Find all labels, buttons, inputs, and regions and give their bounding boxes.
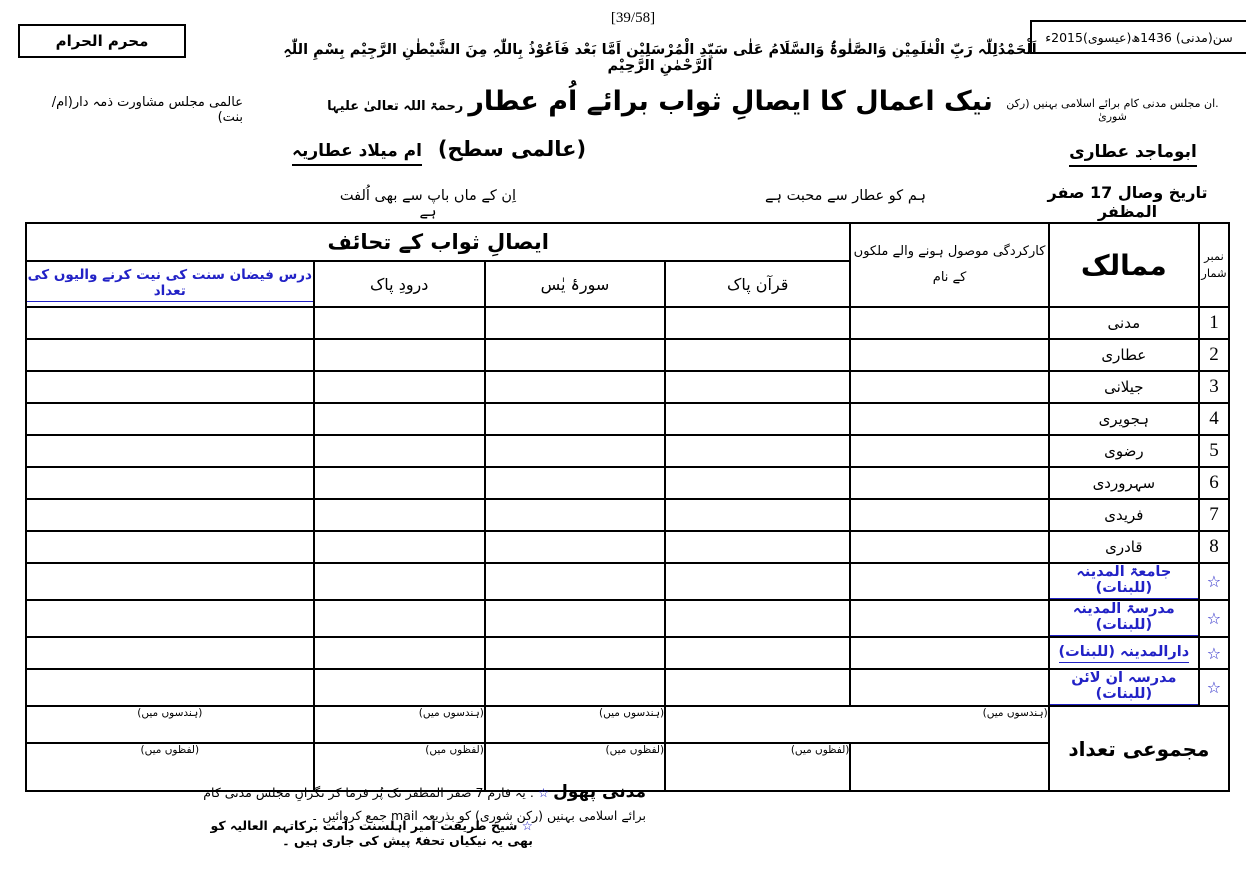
entry-cell [665,339,850,371]
totals-digits-cell: (ہندسوں میں) [665,706,1049,743]
entry-cell [665,371,850,403]
entry-cell [665,467,850,499]
level-label: (عالمی سطح) [432,137,592,161]
country-cell: جیلانی [1049,371,1199,403]
entry-cell [850,307,1048,339]
table-row-institute: ☆ مدرسہ آن لائن (للبنات) [26,669,1229,706]
entry-cell [485,371,665,403]
serial-cell: 7 [1199,499,1229,531]
star-icon: ☆ [538,785,549,800]
scanned-form-page: محرم الحرام [39/58] اَلْحَمْدُلِلّٰہ رَب… [0,0,1246,880]
entry-cell [26,531,314,563]
table-step-gap [850,743,1048,791]
column-header-countries: ممالک [1049,223,1199,307]
entry-cell [314,563,485,600]
right-department-note: .ان مجلس مدنی کام برائے اسلامی بہنیں (رک… [1005,97,1220,123]
entry-cell [485,563,665,600]
entry-cell [314,600,485,637]
entry-cell [26,600,314,637]
entry-cell [665,637,850,669]
entry-cell [850,339,1048,371]
entry-cell [665,435,850,467]
table-row: 3 جیلانی [26,371,1229,403]
table-row-institute: ☆ جامعۃ المدینہ (للبنات) [26,563,1229,600]
entry-cell [665,403,850,435]
country-cell: فریدی [1049,499,1199,531]
entry-cell [485,467,665,499]
form-title-main: نیک اعمال کا ایصالِ ثواب برائے اُم عطار [468,86,992,117]
entry-cell [314,339,485,371]
entry-cell [850,563,1048,600]
month-label: محرم الحرام [56,32,149,50]
country-cell: مدنی [1049,307,1199,339]
table-row: 7 فریدی [26,499,1229,531]
entry-cell [850,371,1048,403]
entry-cell [850,403,1048,435]
sheikh-note-text: شیخ طریقت امیر اہلسنت دامت برکاتہم العال… [211,818,533,848]
totals-digits-cell: (ہندسوں میں) [26,706,314,743]
entry-cell [850,669,1048,706]
country-cell: عطاری [1049,339,1199,371]
entry-cell [665,669,850,706]
entry-cell [665,531,850,563]
madani-phool-label: مدنی پھول [553,782,646,802]
entry-cell [314,371,485,403]
table-row: 6 سہروردی [26,467,1229,499]
entry-cell [26,371,314,403]
serial-cell: 2 [1199,339,1229,371]
entry-cell [665,563,850,600]
entry-cell [485,307,665,339]
country-cell: سہروردی [1049,467,1199,499]
entry-cell [314,435,485,467]
entry-cell [665,499,850,531]
column-header-yaseen: سورۂ یٰس [485,261,665,307]
star-icon: ☆ [1199,669,1229,706]
entry-cell [314,637,485,669]
star-icon: ☆ [1199,563,1229,600]
star-icon: ☆ [522,818,533,833]
left-department-note: عالمی مجلس مشاورت ذمہ دار(ام/بنت) [28,95,243,125]
serial-cell: 5 [1199,435,1229,467]
entry-cell [26,669,314,706]
entry-cell [485,600,665,637]
totals-words-cell: (لفظوں میں) [665,743,850,791]
star-icon: ☆ [1199,600,1229,637]
totals-row-digits: مجموعی تعداد (ہندسوں میں) (ہندسوں میں) (… [26,706,1229,743]
form-title-suffix: رحمۃ اللہ تعالیٰ علیہا [327,99,463,114]
entry-cell [850,467,1048,499]
column-header-serial: نمبر شمار [1199,223,1229,307]
entry-cell [26,435,314,467]
entry-cell [485,499,665,531]
totals-digits-cell: (ہندسوں میں) [485,706,665,743]
entry-cell [314,403,485,435]
table-row: 8 قادری [26,531,1229,563]
country-cell: قادری [1049,531,1199,563]
responsible-name-right: ابوماجد عطاری [1048,142,1218,167]
entry-cell [314,531,485,563]
entry-cell [485,403,665,435]
sheikh-note: ☆ شیخ طریقت امیر اہلسنت دامت برکاتہم الع… [208,818,533,848]
country-cell: رضوی [1049,435,1199,467]
column-header-quran: قرآن پاک [665,261,850,307]
serial-cell: 6 [1199,467,1229,499]
institute-cell: مدرسۃ المدینہ (للبنات) [1049,600,1199,637]
serial-cell: 4 [1199,403,1229,435]
entry-cell [850,435,1048,467]
entry-cell [26,339,314,371]
entry-cell [485,637,665,669]
entry-cell [850,499,1048,531]
couplet-left: اِن کے ماں باپ سے بھی اُلفت ہے [338,188,518,220]
entry-cell [26,499,314,531]
totals-digits-cell: (ہندسوں میں) [314,706,485,743]
totals-label-cell: مجموعی تعداد [1049,706,1229,791]
column-header-received-names: کارکردگی موصول ہونے والے ملکوں کے نام [850,223,1048,307]
table-row: 5 رضوی [26,435,1229,467]
entry-cell [850,637,1048,669]
entry-cell [485,669,665,706]
institute-cell: جامعۃ المدینہ (للبنات) [1049,563,1199,600]
entry-cell [314,467,485,499]
month-box: محرم الحرام [18,24,186,58]
esal-e-sawab-table: نمبر شمار ممالک کارکردگی موصول ہونے والے… [25,222,1230,792]
serial-cell: 3 [1199,371,1229,403]
entry-cell [314,307,485,339]
responsible-name-left: ام میلاد عطاریہ [282,140,432,166]
column-header-dars: درس فیضان سنت کی نیت کرنے والیوں کی تعدا… [26,261,314,307]
institute-cell: دارالمدینہ (للبنات) [1049,637,1199,669]
entry-cell [26,563,314,600]
entry-cell [314,499,485,531]
gifts-group-header: ایصالِ ثواب کے تحائف [26,223,850,261]
entry-cell [26,403,314,435]
entry-cell [485,531,665,563]
table-row-institute: ☆ دارالمدینہ (للبنات) [26,637,1229,669]
table-row: 2 عطاری [26,339,1229,371]
serial-cell: 1 [1199,307,1229,339]
institute-cell: مدرسہ آن لائن (للبنات) [1049,669,1199,706]
wisaal-date: تاریخ وصال 17 صفر المظفر [1025,183,1230,221]
star-icon: ☆ [1199,637,1229,669]
year-label: سن(مدنی) 1436ھ(عیسوی)2015ء [1045,30,1233,45]
entry-cell [850,600,1048,637]
entry-cell [850,531,1048,563]
entry-cell [485,339,665,371]
entry-cell [314,669,485,706]
table-row-institute: ☆ مدرسۃ المدینہ (للبنات) [26,600,1229,637]
entry-cell [485,435,665,467]
entry-cell [26,307,314,339]
table-row: 1 مدنی [26,307,1229,339]
couplet-right: ہم کو عطار سے محبت ہے [748,188,943,204]
arabic-praise-line: اَلْحَمْدُلِلّٰہ رَبِّ الْعٰلَمِیْن وَال… [270,42,1050,74]
entry-cell [26,467,314,499]
country-cell: ہجویری [1049,403,1199,435]
table-row: 4 ہجویری [26,403,1229,435]
form-title: نیک اعمال کا ایصالِ ثواب برائے اُم عطار … [300,86,1020,117]
year-box: سن(مدنی) 1436ھ(عیسوی)2015ء [1030,20,1246,54]
entry-cell [665,307,850,339]
entry-cell [665,600,850,637]
serial-cell: 8 [1199,531,1229,563]
entry-cell [26,637,314,669]
page-reference: [39/58] [588,10,678,27]
column-header-durood: درودِ پاک [314,261,485,307]
